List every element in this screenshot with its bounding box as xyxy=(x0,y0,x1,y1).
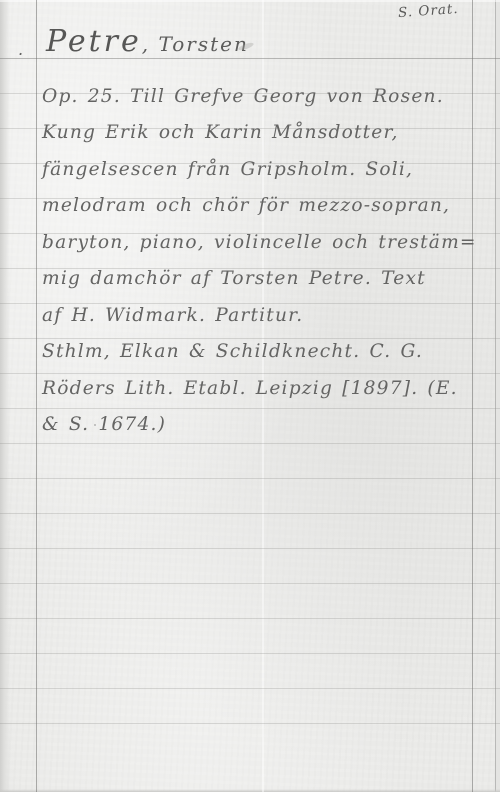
body-line: Op. 25. Till Grefve Georg von Rosen. xyxy=(42,86,472,122)
right-margin-line xyxy=(472,0,473,792)
body-line: Sthlm, Elkan & Schildknecht. C. G. xyxy=(42,341,472,377)
body-line: melodram och chör för mezzo-sopran, xyxy=(42,195,472,231)
ruled-line xyxy=(0,688,500,689)
card-body-text: Op. 25. Till Grefve Georg von Rosen. Kun… xyxy=(42,86,472,450)
body-line: baryton, piano, violincelle och trestäm= xyxy=(42,232,472,268)
ruled-line xyxy=(0,478,500,479)
margin-dot: . xyxy=(18,40,23,59)
ruled-line xyxy=(0,583,500,584)
ruled-line xyxy=(0,723,500,724)
heading-given-name: , Torsten xyxy=(142,32,249,56)
ruled-line xyxy=(0,513,500,514)
body-line: mig damchör af Torsten Petre. Text xyxy=(42,268,472,304)
card-heading: Petre, Torsten xyxy=(46,24,249,59)
body-line: fängelsescen från Gripsholm. Soli, xyxy=(42,159,472,195)
paper-speck xyxy=(94,424,96,426)
ruled-line xyxy=(0,548,500,549)
paper-edge-top xyxy=(0,0,500,2)
heading-surname: Petre xyxy=(46,24,142,59)
catalog-card: S. Orat. . Petre, Torsten Op. 25. Till G… xyxy=(0,0,500,792)
ruled-line xyxy=(0,653,500,654)
left-margin-line xyxy=(36,0,37,792)
body-line: af H. Widmark. Partitur. xyxy=(42,305,472,341)
classmark-annotation: S. Orat. xyxy=(398,1,460,21)
body-line: Kung Erik och Karin Månsdotter, xyxy=(42,122,472,158)
body-line: & S. 1674.) xyxy=(42,414,472,450)
ruled-line xyxy=(0,618,500,619)
paper-edge-left xyxy=(0,0,10,792)
body-line: Röders Lith. Etabl. Leipzig [1897]. (E. xyxy=(42,378,472,414)
paper-edge-right xyxy=(496,0,500,792)
